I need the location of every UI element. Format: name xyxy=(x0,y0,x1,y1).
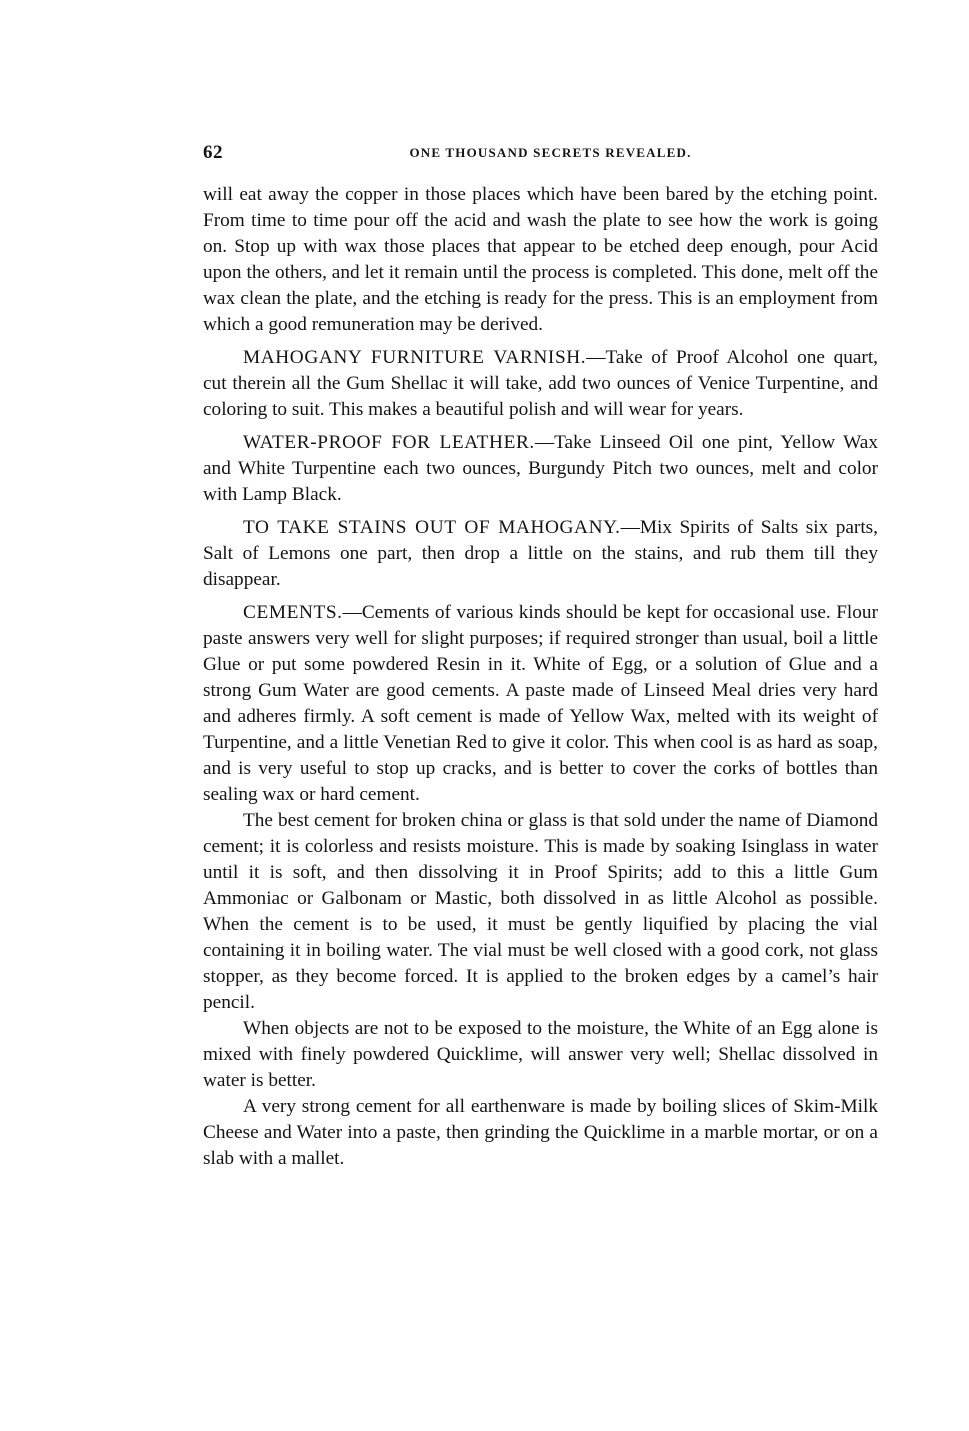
paragraph-text: When objects are not to be exposed to th… xyxy=(203,1018,878,1091)
paragraph-earthenware-cement: A very strong cement for all earthenware… xyxy=(203,1094,878,1172)
paragraph-mahogany-stains: TO TAKE STAINS OUT OF MAHOGANY.—Mix Spir… xyxy=(203,515,878,593)
paragraph-text: The best cement for broken china or glas… xyxy=(203,810,878,1013)
running-head: 62 ONE THOUSAND SECRETS REVEALED. xyxy=(203,142,878,170)
recipe-heading: CEMENTS. xyxy=(243,602,343,623)
book-page: 62 ONE THOUSAND SECRETS REVEALED. will e… xyxy=(203,142,878,1172)
paragraph-text: will eat away the copper in those places… xyxy=(203,184,878,335)
recipe-heading: MAHOGANY FURNITURE VARNISH. xyxy=(243,347,586,368)
recipe-heading: WATER-PROOF FOR LEATHER. xyxy=(243,432,535,453)
paragraph-etching-continued: will eat away the copper in those places… xyxy=(203,182,878,338)
recipe-heading: TO TAKE STAINS OUT OF MAHOGANY. xyxy=(243,517,621,538)
body-text: will eat away the copper in those places… xyxy=(203,182,878,1172)
paragraph-cements: CEMENTS.—Cements of various kinds should… xyxy=(203,600,878,808)
paragraph-text: A very strong cement for all earthenware… xyxy=(203,1096,878,1169)
paragraph-egg-quicklime: When objects are not to be exposed to th… xyxy=(203,1016,878,1094)
paragraph-text: —Cements of various kinds should be kept… xyxy=(203,602,878,805)
paragraph-mahogany-varnish: MAHOGANY FURNITURE VARNISH.—Take of Proo… xyxy=(203,345,878,423)
paragraph-diamond-cement: The best cement for broken china or glas… xyxy=(203,808,878,1016)
paragraph-waterproof-leather: WATER-PROOF FOR LEATHER.—Take Linseed Oi… xyxy=(203,430,878,508)
running-title: ONE THOUSAND SECRETS REVEALED. xyxy=(203,145,878,161)
